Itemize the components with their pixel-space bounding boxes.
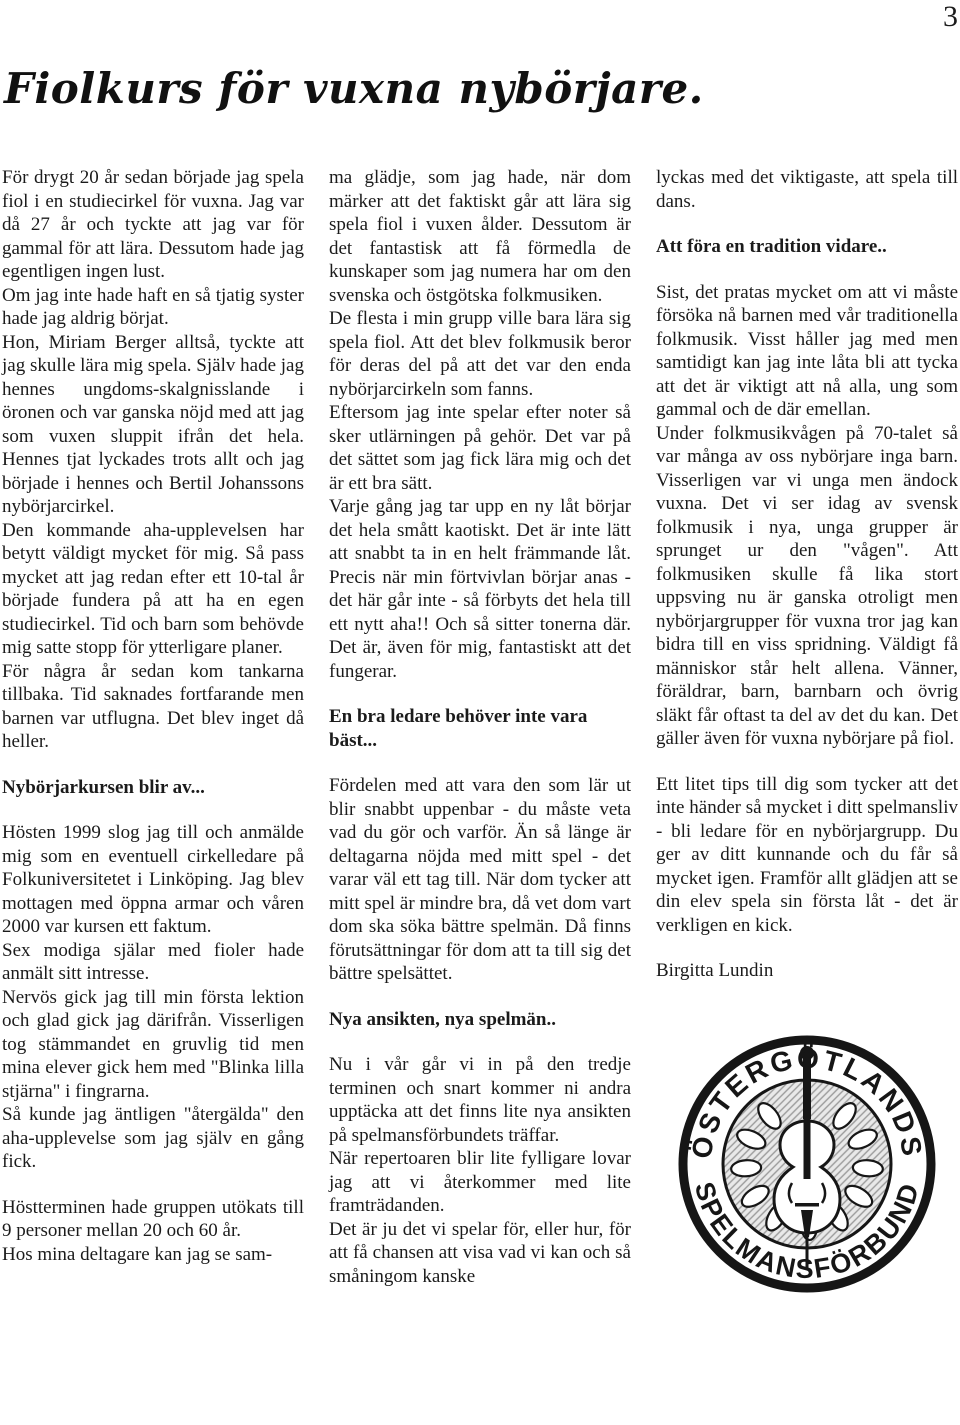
document-page: 3 Fiolkurs för vuxna nybörjare. För dryg… — [0, 0, 960, 1425]
section-heading: En bra ledare behöver inte vara bäst... — [329, 705, 631, 752]
spelmansforbund-logo: ÖSTERGÖTLANDS SPELMANSFÖRBUND — [656, 1023, 958, 1312]
paragraph: Varje gång jag tar upp en ny låt börjar … — [329, 495, 631, 683]
paragraph: De flesta i min grupp ville bara lära si… — [329, 307, 631, 401]
section-heading: Att föra en tradition vidare.. — [656, 235, 958, 259]
paragraph: Hon, Miriam Berger alltså, tyckte att ja… — [2, 331, 304, 519]
paragraph: Under folkmusikvågen på 70-talet så var … — [656, 422, 958, 751]
paragraph: ma glädje, som jag hade, när dom märker … — [329, 166, 631, 307]
column-layout: För drygt 20 år sedan började jag spela … — [2, 166, 958, 1311]
article-title: Fiolkurs för vuxna nybörjare. — [4, 64, 704, 113]
paragraph: Fördelen med att vara den som lär ut bli… — [329, 774, 631, 986]
paragraph: Eftersom jag inte spelar efter noter så … — [329, 401, 631, 495]
column-1: För drygt 20 år sedan började jag spela … — [2, 166, 304, 1311]
paragraph: Höstterminen hade gruppen utökats till 9… — [2, 1196, 304, 1243]
author-signature: Birgitta Lundin — [656, 959, 958, 983]
section-heading: Nybörjarkursen blir av... — [2, 776, 304, 800]
paragraph: Det är ju det vi spelar för, eller hur, … — [329, 1218, 631, 1289]
paragraph: Nu i vår går vi in på den tredje termine… — [329, 1053, 631, 1147]
paragraph: Nervös gick jag till min första lektion … — [2, 986, 304, 1104]
paragraph: Hösten 1999 slog jag till och anmälde mi… — [2, 821, 304, 939]
paragraph: Den kommande aha-upplevelsen har betytt … — [2, 519, 304, 660]
section-heading: Nya ansikten, nya spelmän.. — [329, 1008, 631, 1032]
paragraph: Ett litet tips till dig som tycker att d… — [656, 773, 958, 938]
column-3: lyckas med det viktigaste, att spela til… — [656, 166, 958, 1311]
page-number: 3 — [943, 0, 958, 33]
paragraph: För några år sedan kom tankarna tillbaka… — [2, 660, 304, 754]
paragraph: Så kunde jag äntligen "återgälda" den ah… — [2, 1103, 304, 1174]
paragraph: lyckas med det viktigaste, att spela til… — [656, 166, 958, 213]
paragraph: När repertoaren blir lite fylligare lova… — [329, 1147, 631, 1218]
paragraph: Sex modiga själar med fioler hade anmält… — [2, 939, 304, 986]
violin-wreath-seal-icon: ÖSTERGÖTLANDS SPELMANSFÖRBUND — [676, 1023, 938, 1305]
column-2: ma glädje, som jag hade, när dom märker … — [329, 166, 631, 1311]
paragraph: Hos mina deltagare kan jag se sam- — [2, 1243, 304, 1267]
paragraph: Om jag inte hade haft en så tjatig syste… — [2, 284, 304, 331]
paragraph: För drygt 20 år sedan började jag spela … — [2, 166, 304, 284]
paragraph: Sist, det pratas mycket om att vi måste … — [656, 281, 958, 422]
